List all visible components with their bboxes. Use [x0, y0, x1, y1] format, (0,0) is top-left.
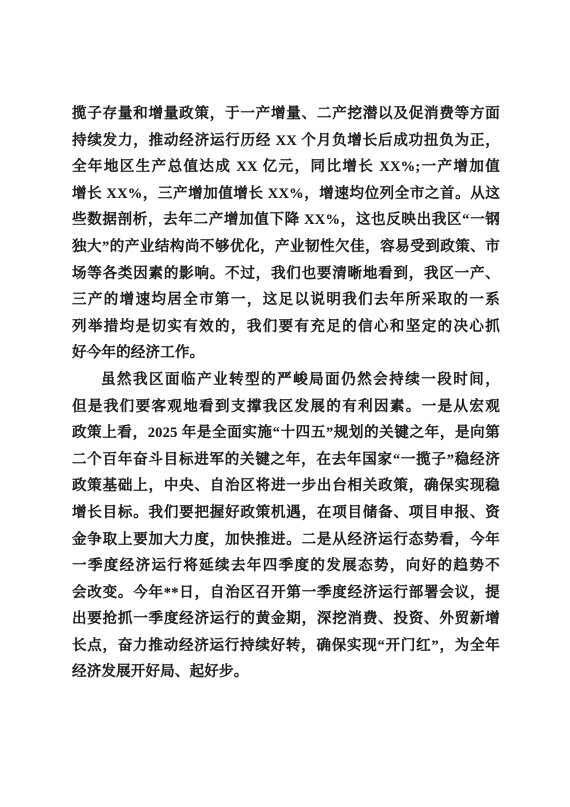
text-line: 长点，奋力推动经济运行持续好转，确保实现“开门红”，为全年: [72, 633, 500, 660]
paragraph: 揽子存量和增量政策，于一产增量、二产挖潜以及促消费等方面持续发力，推动经济运行历…: [72, 101, 500, 367]
text-line: 经济发展开好局、起好步。: [72, 659, 500, 686]
text-line: 但是我们要客观地看到支撑我区发展的有利因素。一是从宏观: [72, 394, 500, 421]
text-line: 会改变。今年**日，自治区召开第一季度经济运行部署会议，提: [72, 580, 500, 607]
text-line: 一季度经济运行将延续去年四季度的发展态势，向好的趋势不: [72, 553, 500, 580]
text-line: 三产的增速均居全市第一，这足以说明我们去年所采取的一系: [72, 287, 500, 314]
text-line: 持续发力，推动经济运行历经 XX 个月负增长后成功扭负为正，: [72, 128, 500, 155]
text-line: 增长 XX%，三产增加值增长 XX%，增速均位列全市之首。从这: [72, 181, 500, 208]
text-line: 政策基础上，中央、自治区将进一步出台相关政策，确保实现稳: [72, 473, 500, 500]
document-text-body: 揽子存量和增量政策，于一产增量、二产挖潜以及促消费等方面持续发力，推动经济运行历…: [72, 101, 500, 686]
text-line: 独大”的产业结构尚不够优化，产业韧性欠佳，容易受到政策、市: [72, 234, 500, 261]
text-line: 虽然我区面临产业转型的严峻局面仍然会持续一段时间，: [72, 367, 500, 394]
text-line: 二个百年奋斗目标进军的关键之年，在去年国家“一揽子”稳经济: [72, 447, 500, 474]
text-line: 些数据剖析，去年二产增加值下降 XX%，这也反映出我区“一钢: [72, 207, 500, 234]
text-line: 列举措均是切实有效的，我们要有充足的信心和坚定的决心抓: [72, 314, 500, 341]
text-line: 好今年的经济工作。: [72, 340, 500, 367]
text-line: 出要抢抓一季度经济运行的黄金期，深挖消费、投资、外贸新增: [72, 606, 500, 633]
text-line: 全年地区生产总值达成 XX 亿元，同比增长 XX%;一产增加值: [72, 154, 500, 181]
paragraph: 虽然我区面临产业转型的严峻局面仍然会持续一段时间，但是我们要客观地看到支撑我区发…: [72, 367, 500, 686]
document-page: 揽子存量和增量政策，于一产增量、二产挖潜以及促消费等方面持续发力，推动经济运行历…: [0, 0, 570, 807]
text-line: 揽子存量和增量政策，于一产增量、二产挖潜以及促消费等方面: [72, 101, 500, 128]
text-line: 政策上看，2025 年是全面实施“十四五”规划的关键之年，是向第: [72, 420, 500, 447]
text-line: 增长目标。我们要把握好政策机遇，在项目储备、项目申报、资: [72, 500, 500, 527]
text-line: 金争取上要加大力度，加快推进。二是从经济运行态势看，今年: [72, 527, 500, 554]
text-line: 场等各类因素的影响。不过，我们也要清晰地看到，我区一产、: [72, 261, 500, 288]
